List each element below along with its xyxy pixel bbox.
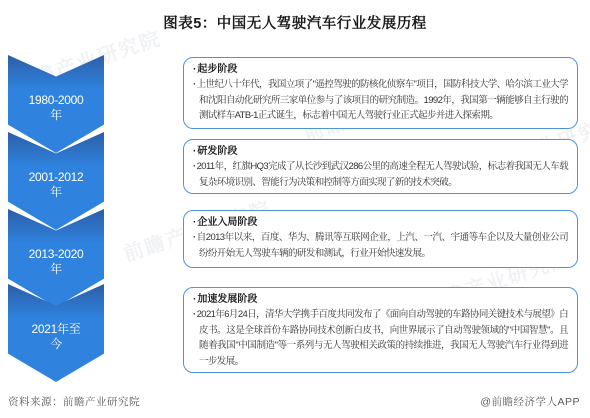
period-label: 1980-2000 <box>29 93 84 108</box>
stage-box-rnd: 研发阶段 2011年，红旗HQ3完成了从长沙到武汉286公里的高速全程无人驾驶试… <box>183 139 578 194</box>
brand-credit: @前瞻经济学人APP <box>480 394 580 409</box>
infographic-canvas: 前瞻产业研究院 前瞻产业研究院 前瞻产业研究院 前瞻产业研究院 前瞻产业研究院 … <box>0 0 590 418</box>
stage-name: 起步阶段 <box>193 62 568 77</box>
stage-description: 2021年6月24日，清华大学携手百度共同发布了《面向自动驾驶的车路协同关键技术… <box>193 307 568 369</box>
data-source-note: 资料来源：前瞻产业研究院 <box>8 394 140 409</box>
stage-box-startup: 起步阶段 上世纪八十年代，我国立项了"遥控驾驶的防核化侦察车"项目，国防科技大学… <box>183 57 578 129</box>
stage-name: 加速发展阶段 <box>193 292 568 307</box>
chart-title: 图表5：中国无人驾驶汽车行业发展历程 <box>0 12 590 33</box>
period-label-suffix: 今 <box>50 337 62 352</box>
stage-description: 2011年，红旗HQ3完成了从长沙到武汉286公里的高速全程无人驾驶试验，标志着… <box>193 159 568 190</box>
stage-box-accelerated-development: 加速发展阶段 2021年6月24日，清华大学携手百度共同发布了《面向自动驾驶的车… <box>183 287 578 373</box>
timeline-chevron-1980-2000: 1980-2000 年 <box>8 55 104 153</box>
period-label-suffix: 年 <box>50 185 62 200</box>
period-label-suffix: 年 <box>50 108 62 123</box>
period-label: 2013-2020 <box>29 247 84 262</box>
period-label-suffix: 年 <box>50 262 62 277</box>
stage-name: 企业入局阶段 <box>193 215 568 230</box>
stage-description: 上世纪八十年代，我国立项了"遥控驾驶的防核化侦察车"项目，国防科技大学、哈尔滨工… <box>193 77 568 124</box>
stage-box-enterprise-entry: 企业入局阶段 自2013年以来，百度、华为、腾讯等互联网企业，上汽、一汽、宇通等… <box>183 210 578 268</box>
period-label: 2021年至 <box>32 322 81 337</box>
stage-description: 自2013年以来，百度、华为、腾讯等互联网企业，上汽、一汽、宇通等车企以及大量创… <box>193 230 568 261</box>
stage-name: 研发阶段 <box>193 144 568 159</box>
period-label: 2001-2012 <box>29 170 84 185</box>
